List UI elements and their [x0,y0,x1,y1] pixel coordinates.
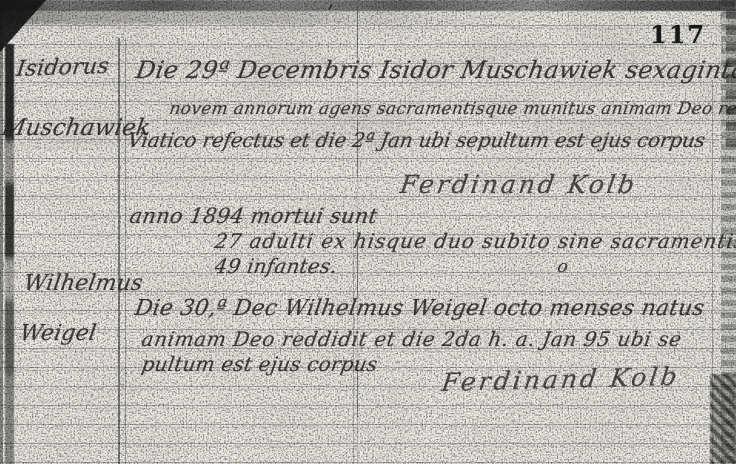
summary-line: 49 infantes. [213,254,339,278]
scanned-register-page: 117 ʼ Isidorus Die 29ª Decembris Isidor … [0,0,736,464]
scan-right-bottom-block [710,374,736,464]
record-line: animam Deo reddidit et die 2da h. a. Jan… [140,327,684,351]
summary-line: anno 1894 mortui sunt [128,204,379,228]
scan-top-smear [0,9,520,24]
record-line: pultum est ejus corpus [140,352,379,376]
margin-name-wilhelmus: Wilhelmus [22,271,145,296]
record-line: Viatico refectus et die 2ª Jan ubi sepul… [126,128,707,152]
stray-pen-mark: ʼ [326,2,333,27]
summary-line: 27 adulti ex hisque duo subito sine sacr… [213,229,736,253]
margin-column-rule [118,38,126,464]
signature-ferdinand-kolb: Ferdinand Kolb [398,170,639,199]
record-line: Die 30,ª Dec Wilhelmus Weigel octo mense… [133,296,706,321]
margin-name-weigel: Weigel [18,321,98,346]
record-line: Die 29ª Decembris Isidor Muschawiek sexa… [134,56,736,84]
left-edge-rule [0,0,3,464]
scan-left-edge [5,44,14,464]
page-number: 117 [650,20,706,49]
record-line: novem annorum agens sacramentisque munit… [168,99,736,119]
margin-name-isidorus: Isidorus [15,54,110,82]
